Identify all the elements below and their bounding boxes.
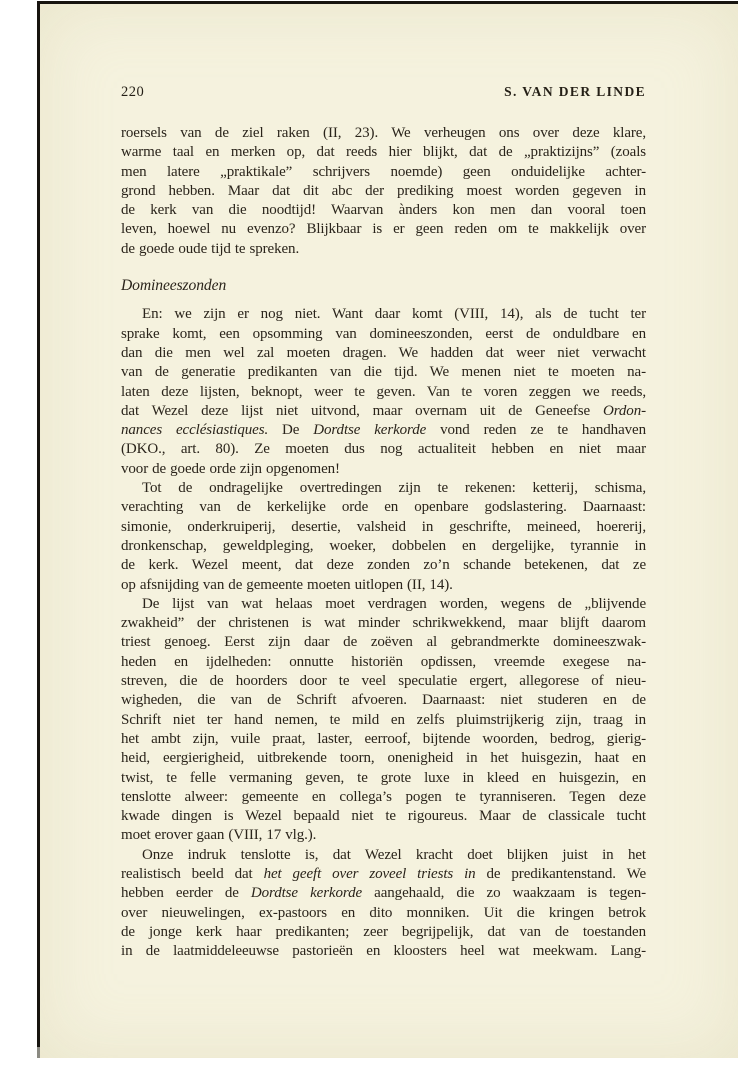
- text-line: dronkenschap, geweldpleging, woeker, dob…: [121, 537, 646, 556]
- text-line: over nieuwelingen, ex-pastoors en dito m…: [121, 904, 646, 923]
- scanned-book-page: 220 S. VAN DER LINDE roersels van de zie…: [0, 0, 738, 1068]
- paragraph: Tot de ondragelijke overtredingen zijn t…: [121, 479, 646, 595]
- text-line: streven, die de hoorders door te veel sp…: [121, 672, 646, 691]
- scan-edge-left-tip: [37, 1047, 40, 1058]
- paragraph: En: we zijn er nog niet. Want daar komt …: [121, 305, 646, 479]
- text-line: En: we zijn er nog niet. Want daar komt …: [121, 305, 646, 324]
- text-line: heden en ijdelheden: onnutte historiën o…: [121, 653, 646, 672]
- text-line: men latere „praktikale” schrijvers noemd…: [121, 163, 646, 182]
- page-content: 220 S. VAN DER LINDE roersels van de zie…: [121, 84, 646, 961]
- body-text: roersels van de ziel raken (II, 23). We …: [121, 124, 646, 961]
- text-line: van de generatie predikanten van die tij…: [121, 363, 646, 382]
- text-line: simonie, onderkruiperij, desertie, valsh…: [121, 518, 646, 537]
- text-line: warme taal en merken op, dat reeds hier …: [121, 143, 646, 162]
- text-line: twist, te felle vermaning geven, te grot…: [121, 769, 646, 788]
- text-line: de kerk. Wezel meent, dat deze zonden zo…: [121, 556, 646, 575]
- scan-edge-left: [37, 1, 40, 1047]
- text-line: Domineeszonden: [121, 276, 646, 295]
- text-line: verachting van de kerkelijke orde en ope…: [121, 498, 646, 517]
- text-line: moet erover gaan (VIII, 17 vlg.).: [121, 826, 646, 845]
- text-line: de jonge kerk haar predikanten; zeer beg…: [121, 923, 646, 942]
- text-line: dat Wezel deze lijst niet uitvond, maar …: [121, 402, 646, 421]
- text-line: voor de goede orde zijn opgenomen!: [121, 460, 646, 479]
- text-line: in de laatmiddeleeuwse pastorieën en klo…: [121, 942, 646, 961]
- text-line: zwakheid” der christenen is wat minder s…: [121, 614, 646, 633]
- text-line: de kerk van die noodtijd! Waarvan ànders…: [121, 201, 646, 220]
- section-heading: Domineeszonden: [121, 276, 646, 295]
- paragraph: roersels van de ziel raken (II, 23). We …: [121, 124, 646, 259]
- text-line: Onze indruk tenslotte is, dat Wezel krac…: [121, 846, 646, 865]
- text-line: realistisch beeld dat het geeft over zov…: [121, 865, 646, 884]
- page-header: 220 S. VAN DER LINDE: [121, 84, 646, 101]
- text-line: tenslotte alweer: gemeente en collega’s …: [121, 788, 646, 807]
- text-line: de goede oude tijd te spreken.: [121, 240, 646, 259]
- text-line: heid, eergierigheid, uitbrekende toorn, …: [121, 749, 646, 768]
- scan-edge-top: [37, 1, 738, 4]
- text-line: laten deze lijsten, beknopt, weer te gev…: [121, 383, 646, 402]
- text-line: Tot de ondragelijke overtredingen zijn t…: [121, 479, 646, 498]
- text-line: leven, hoewel nu evenzo? Blijkbaar is er…: [121, 220, 646, 239]
- text-line: nances ecclésiastiques. De Dordtse kerko…: [121, 421, 646, 440]
- text-line: Schrift niet ter hand nemen, te mild en …: [121, 711, 646, 730]
- text-line: (DKO., art. 80). Ze moeten dus nog actua…: [121, 440, 646, 459]
- text-line: op afsnijding van de gemeente moeten uit…: [121, 576, 646, 595]
- text-line: roersels van de ziel raken (II, 23). We …: [121, 124, 646, 143]
- paragraph: De lijst van wat helaas moet verdragen w…: [121, 595, 646, 846]
- text-line: grond hebben. Maar dat dit abc der predi…: [121, 182, 646, 201]
- text-line: sprake komt, een opsomming van domineesz…: [121, 325, 646, 344]
- text-line: wigheden, die van de Schrift afvoeren. D…: [121, 691, 646, 710]
- paragraph: Onze indruk tenslotte is, dat Wezel krac…: [121, 846, 646, 962]
- page-number: 220: [121, 84, 144, 101]
- text-line: triest genoeg. Eerst zijn daar de zoëven…: [121, 633, 646, 652]
- text-line: dan die men wel zal moeten dragen. We ha…: [121, 344, 646, 363]
- text-line: het ambt zijn, vuile praat, laster, eerr…: [121, 730, 646, 749]
- text-line: kwade dingen is Wezel bepaald niet te ri…: [121, 807, 646, 826]
- running-head: S. VAN DER LINDE: [504, 84, 646, 100]
- text-line: hebben eerder de Dordtse kerkorde aangeh…: [121, 884, 646, 903]
- text-line: De lijst van wat helaas moet verdragen w…: [121, 595, 646, 614]
